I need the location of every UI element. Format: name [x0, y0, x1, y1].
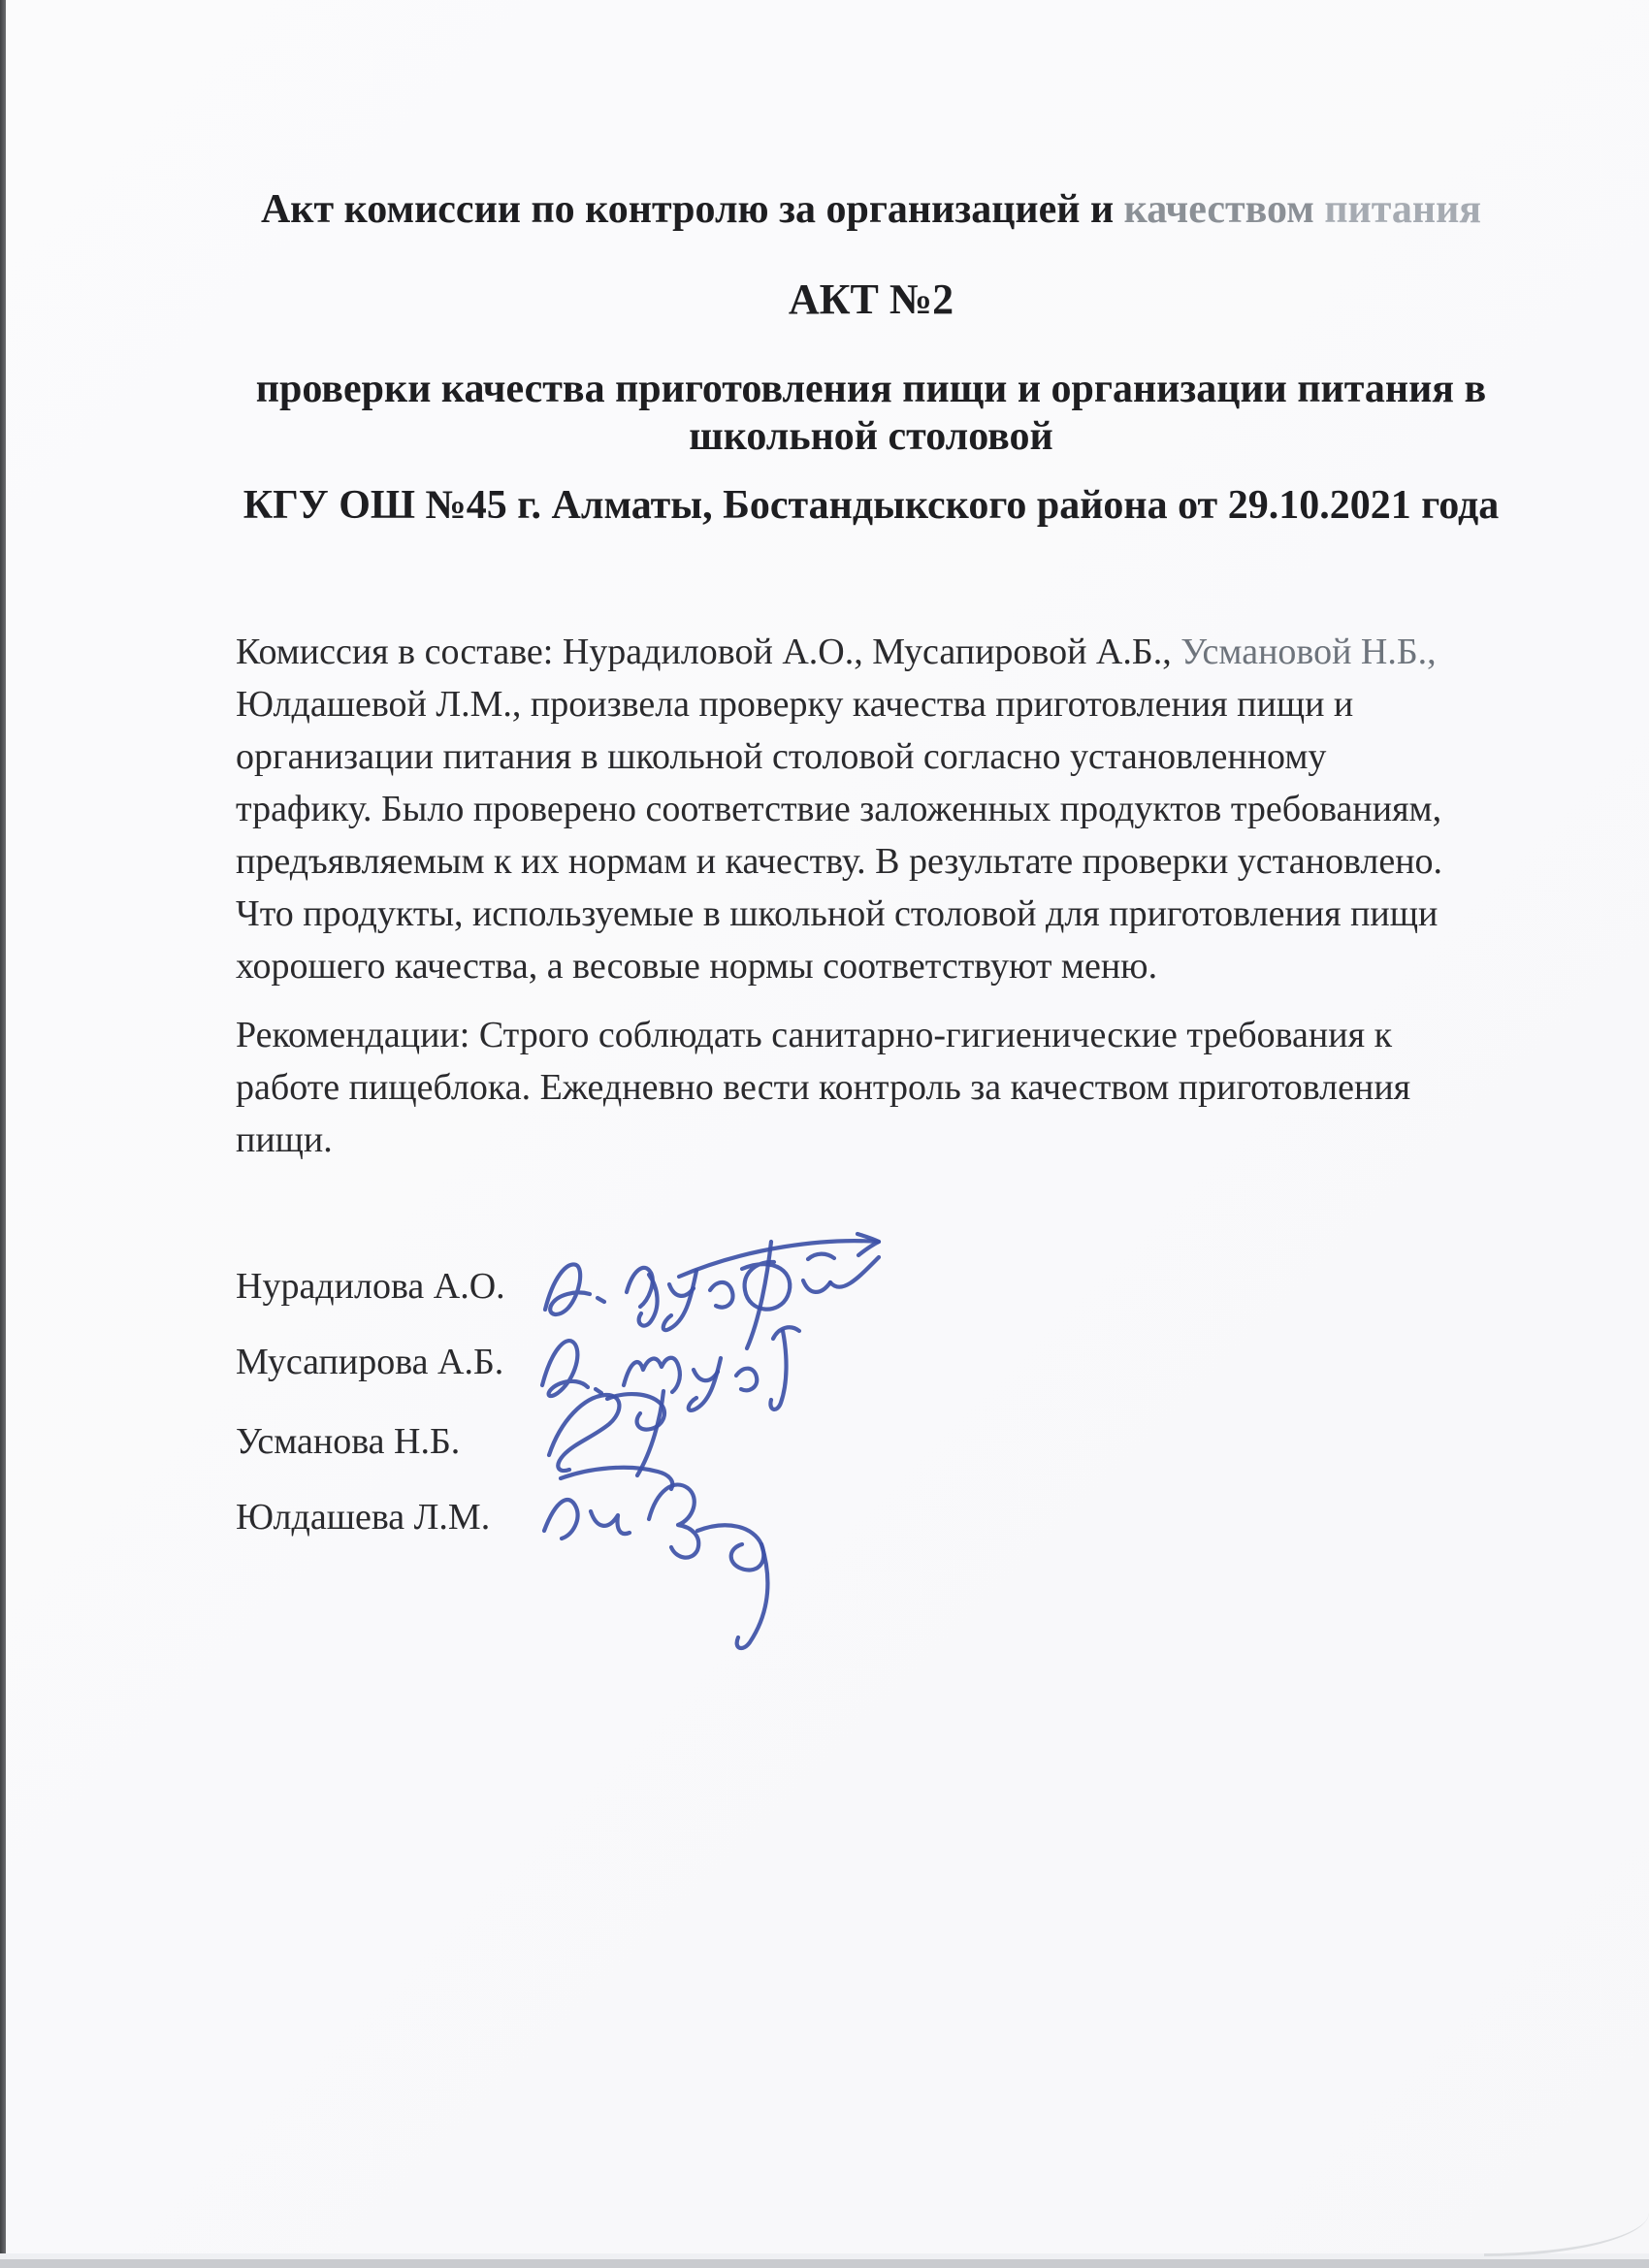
scan-edge-bottom: [0, 2259, 1649, 2268]
paragraph-line-7: хорошего качества, а весовые нормы соотв…: [236, 940, 1516, 992]
institution-date-heading: КГУ ОШ №45 г. Алматы, Бостандыкского рай…: [236, 482, 1506, 529]
document-title-main: Акт комиссии по контролю за организацией…: [261, 187, 1114, 232]
document-title-faded-word2: питания: [1324, 187, 1481, 232]
paragraph-line-5: предъявляемым к их нормам и качеству. В …: [236, 835, 1516, 888]
recommendations-line-1: Рекомендации: Строго соблюдать санитарно…: [236, 1009, 1516, 1061]
subject-heading-line2: школьной столовой: [236, 413, 1506, 461]
subject-heading-line1: проверки качества приготовления пищи и о…: [236, 366, 1506, 413]
signatory-name-musapirova: Мусапирова А.Б.: [236, 1342, 503, 1382]
paragraph-line-4: трафику. Было проверено соответствие зал…: [236, 783, 1516, 835]
document-title: Акт комиссии по контролю за организацией…: [236, 186, 1506, 233]
paragraph-line-1: Комиссия в составе: Нурадиловой А.О., Му…: [236, 626, 1516, 678]
signatory-name-nuradilova: Нурадилова А.О.: [236, 1266, 505, 1307]
signatory-name-usmanova: Усманова Н.Б.: [236, 1421, 460, 1462]
commission-paragraph: Комиссия в составе: Нурадиловой А.О., Му…: [236, 626, 1516, 992]
paragraph-line-1-main: Комиссия в составе: Нурадиловой А.О., Му…: [236, 632, 1172, 672]
paragraph-line-6: Что продукты, используемые в школьной ст…: [236, 888, 1516, 940]
recommendations-paragraph: Рекомендации: Строго соблюдать санитарно…: [236, 1009, 1516, 1166]
recommendations-line-2: работе пищеблока. Ежедневно вести контро…: [236, 1061, 1516, 1114]
subject-heading: проверки качества приготовления пищи и о…: [236, 366, 1506, 461]
signature-ink-yuldasheva: [529, 1455, 810, 1654]
scan-corner-curl: [1484, 2213, 1649, 2256]
scan-edge-left: [0, 0, 6, 2268]
act-number-heading: АКТ №2: [236, 276, 1506, 323]
recommendations-line-3: пищи.: [236, 1114, 1516, 1166]
paragraph-line-1-faded: Усмановой Н.Б.,: [1180, 632, 1436, 672]
paragraph-line-3: организации питания в школьной столовой …: [236, 730, 1516, 783]
paragraph-line-2: Юлдашевой Л.М., произвела проверку качес…: [236, 678, 1516, 730]
document-title-faded-word1: качеством: [1124, 187, 1314, 232]
signatory-name-yuldasheva: Юлдашева Л.М.: [236, 1497, 490, 1538]
scanned-document-page: Акт комиссии по контролю за организацией…: [0, 0, 1649, 2268]
